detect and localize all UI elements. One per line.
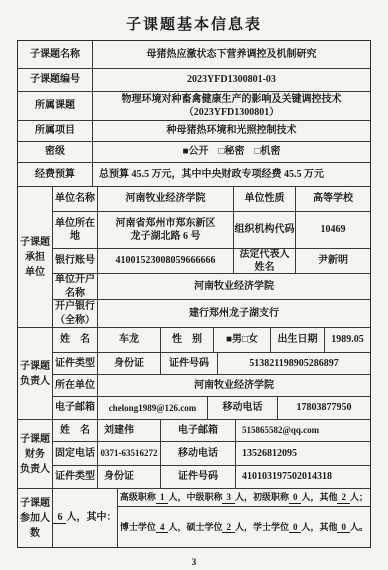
finance-id-no-label: 证件号码 (161, 466, 236, 488)
parent-project-value: 种母猪热环境和光照控制技术 (93, 121, 370, 141)
leader-name-label: 姓 名 (53, 328, 98, 352)
leader-unit-label: 所在单位 (53, 375, 98, 396)
leader-email-value: chelong1989@126.com (98, 397, 208, 419)
row-subtopic-code: 子课题编号 2023YFD1300801-03 (18, 69, 370, 92)
participants-group-label: 子课题 参加人 数 (18, 489, 53, 547)
secrecy-label: 密级 (18, 142, 93, 162)
unit-nature-label: 单位性质 (234, 187, 296, 211)
other-degree-count: 0 (337, 523, 350, 534)
participant-titles-text: 高级职称1人，中级职称3人，初级职称0人，其他2人； (118, 489, 370, 506)
section-finance-leader: 子课题 财务 负责人 姓 名 刘建伟 电子邮箱 515865582@qq.com… (18, 420, 370, 489)
org-code-value: 10469 (296, 212, 370, 248)
subtopic-code-label: 子课题编号 (18, 69, 93, 91)
parent-topic-line1: 物理环境对种畜禽健康生产的影响及关键调控技术 (122, 93, 342, 107)
subtopic-code-value: 2023YFD1300801-03 (93, 69, 370, 91)
parent-project-label: 所属项目 (18, 121, 93, 141)
finance-id-type-value: 身份证 (98, 466, 161, 488)
junior-title-count: 0 (289, 493, 302, 504)
finance-tel-label: 固定电话 (53, 442, 98, 465)
unit-name-label: 单位名称 (53, 187, 98, 211)
leader-email-label: 电子邮箱 (53, 397, 98, 419)
bank-account-label: 银行账号 (53, 249, 98, 273)
finance-id-no-value: 410103197502014318 (236, 466, 370, 488)
leader-id-type-value: 身份证 (98, 353, 161, 374)
row-leader-name: 姓 名 车龙 性 别 ■男□女 出生日期 1989.05 (53, 328, 370, 353)
account-name-value: 河南牧业经济学院 (98, 274, 370, 299)
unit-address-line1: 河南省郑州市郑东新区 (116, 217, 216, 231)
finance-mobile-label: 移动电话 (161, 442, 236, 465)
other-title-count: 2 (337, 493, 350, 504)
row-budget: 经费预算 总预算 45.5 万元，其中中央财政专项经费 45.5 万元 (18, 163, 370, 187)
leader-id-type-label: 证件类型 (53, 353, 98, 374)
row-leader-unit: 所在单位 河南牧业经济学院 (53, 375, 370, 397)
unit-nature-value: 高等学校 (296, 187, 370, 211)
finance-tel-value: 0371-63516272 (98, 442, 161, 465)
basic-info-table: 子课题名称 母猪热应激状态下营养调控及机制研究 子课题编号 2023YFD130… (17, 40, 371, 548)
senior-title-count: 1 (156, 493, 169, 504)
row-account-name: 单位开户名称 河南牧业经济学院 (53, 274, 370, 300)
leader-gender-label: 性 别 (161, 328, 214, 352)
row-subtopic-name: 子课题名称 母猪热应激状态下营养调控及机制研究 (18, 41, 370, 69)
unit-address-label: 单位所在地 (53, 212, 98, 248)
legal-rep-label: 法定代表人姓名 (234, 249, 296, 273)
row-bank-account: 银行账号 41001523008059666666 法定代表人姓名 尹新明 (53, 249, 370, 274)
bachelor-count: 0 (289, 523, 302, 534)
account-name-label: 单位开户名称 (53, 274, 98, 299)
page-number: 3 (0, 557, 388, 567)
budget-value: 总预算 45.5 万元，其中中央财政专项经费 45.5 万元 (93, 163, 370, 186)
leader-mobile-label: 移动电话 (208, 397, 278, 419)
scanned-form-page: 子课题基本信息表 子课题名称 母猪热应激状态下营养调控及机制研究 子课题编号 2… (0, 0, 388, 570)
row-unit-address: 单位所在地 河南省郑州市郑东新区 龙子湖北路 6 号 组织机构代码 10469 (53, 212, 370, 249)
row-leader-id: 证件类型 身份证 证件号码 513821198905286897 (53, 353, 370, 375)
bank-name-value: 建行郑州龙子湖支行 (98, 300, 370, 327)
row-bank-name: 开户银行（全称） 建行郑州龙子湖支行 (53, 300, 370, 327)
phd-count: 4 (156, 523, 169, 534)
row-parent-topic: 所属课题 物理环境对种畜禽健康生产的影响及关键调控技术 （2023YFD1300… (18, 92, 370, 121)
mid-title-count: 3 (222, 493, 235, 504)
bank-account-value: 41001523008059666666 (98, 249, 234, 273)
leader-name-value: 车龙 (98, 328, 161, 352)
section-participants: 子课题 参加人 数 6人，其中： 高级职称1人，中级职称3人，初级职称0人，其他… (18, 489, 370, 547)
unit-name-value: 河南牧业经济学院 (98, 187, 234, 211)
bank-name-label: 开户银行（全称） (53, 300, 98, 327)
row-participant-titles: 高级职称1人，中级职称3人，初级职称0人，其他2人； (118, 489, 370, 507)
participants-total-cell: 6人，其中： (53, 489, 118, 547)
finance-id-type-label: 证件类型 (53, 466, 98, 488)
subtopic-name-label: 子课题名称 (18, 41, 93, 68)
row-finance-name: 姓 名 刘建伟 电子邮箱 515865582@qq.com (53, 420, 370, 442)
finance-name-label: 姓 名 (53, 420, 98, 441)
undertaking-unit-group-label: 子课题 承担 单位 (18, 187, 53, 327)
leader-birth-value: 1989.05 (325, 328, 370, 352)
row-finance-id: 证件类型 身份证 证件号码 410103197502014318 (53, 466, 370, 488)
unit-address-line2: 龙子湖北路 6 号 (131, 230, 201, 244)
secrecy-checkbox-options: ■公开 □秘密 □机密 (93, 142, 370, 162)
leader-id-no-value: 513821198905286897 (218, 353, 370, 374)
legal-rep-value: 尹新明 (296, 249, 370, 273)
row-participant-degrees: 博士学位4人，硕士学位2人，学士学位0人，其他0人。 (118, 507, 370, 547)
finance-name-value: 刘建伟 (98, 420, 161, 441)
participants-total-suffix: 人，其中： (66, 511, 116, 525)
section-leader: 子课题 负责人 姓 名 车龙 性 别 ■男□女 出生日期 1989.05 证件类… (18, 328, 370, 420)
leader-mobile-value: 17803877950 (278, 397, 370, 419)
row-unit-name: 单位名称 河南牧业经济学院 单位性质 高等学校 (53, 187, 370, 212)
master-count: 2 (222, 523, 235, 534)
section-undertaking-unit: 子课题 承担 单位 单位名称 河南牧业经济学院 单位性质 高等学校 单位所在地 … (18, 187, 370, 328)
row-secrecy: 密级 ■公开 □秘密 □机密 (18, 142, 370, 163)
org-code-label: 组织机构代码 (234, 212, 296, 248)
leader-unit-value: 河南牧业经济学院 (98, 375, 370, 396)
leader-id-no-label: 证件号码 (161, 353, 218, 374)
participants-total-count: 6 (53, 512, 66, 524)
leader-birth-label: 出生日期 (271, 328, 325, 352)
finance-email-label: 电子邮箱 (161, 420, 236, 441)
row-parent-project: 所属项目 种母猪热环境和光照控制技术 (18, 121, 370, 142)
finance-group-label: 子课题 财务 负责人 (18, 420, 53, 488)
parent-topic-line2: （2023YFD1300801） (184, 106, 280, 120)
parent-topic-value: 物理环境对种畜禽健康生产的影响及关键调控技术 （2023YFD1300801） (93, 92, 370, 120)
row-finance-phones: 固定电话 0371-63516272 移动电话 13526812095 (53, 442, 370, 466)
leader-group-label: 子课题 负责人 (18, 328, 53, 419)
participant-degrees-text: 博士学位4人，硕士学位2人，学士学位0人，其他0人。 (118, 507, 370, 547)
unit-address-value: 河南省郑州市郑东新区 龙子湖北路 6 号 (98, 212, 234, 248)
form-title: 子课题基本信息表 (0, 0, 388, 34)
finance-email-value: 515865582@qq.com (236, 420, 370, 441)
budget-label: 经费预算 (18, 163, 93, 186)
row-leader-contact: 电子邮箱 chelong1989@126.com 移动电话 1780387795… (53, 397, 370, 419)
finance-mobile-value: 13526812095 (236, 442, 370, 465)
parent-topic-label: 所属课题 (18, 92, 93, 120)
subtopic-name-value: 母猪热应激状态下营养调控及机制研究 (93, 41, 370, 68)
leader-gender-checkbox: ■男□女 (214, 328, 271, 352)
